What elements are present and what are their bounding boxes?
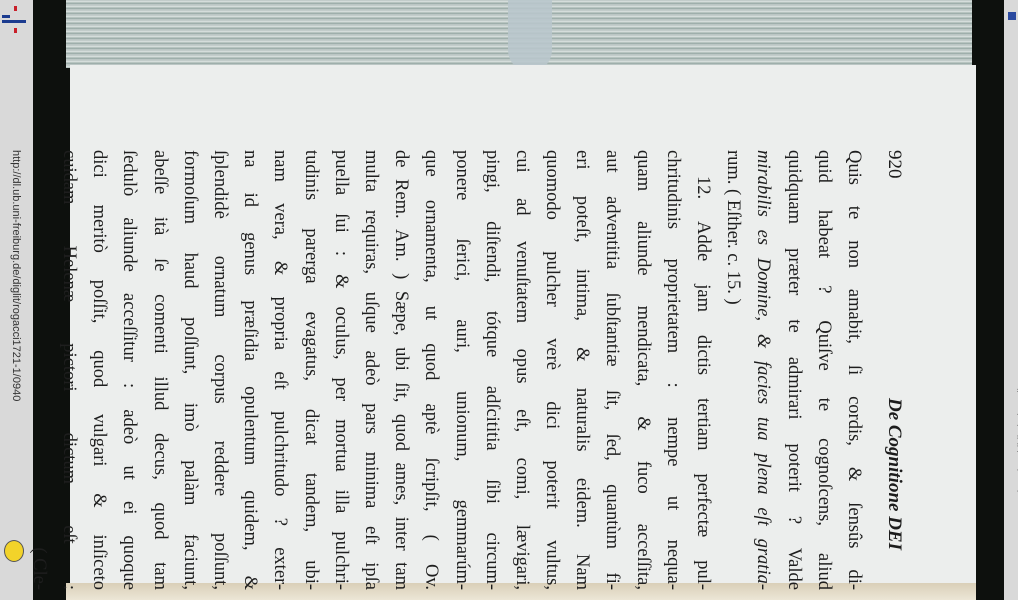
text-line: 12. Adde jam dictis tertiam perfectæ pul… (688, 150, 718, 590)
text-line: pingi, diſtendi, tótque adſcititia ſibi … (477, 150, 507, 590)
page-text-rotated: 920 De Cognitione DEI Quis te non amabit… (24, 150, 905, 590)
text-line: quomodo pulcher verè dici poterit vultus… (537, 150, 567, 590)
text-line: cuidam Helenæ pictori dictum eſt : (54, 150, 84, 590)
text-line: eri poteſt, intima, & naturalis eidem. N… (567, 150, 597, 590)
page-header: 920 De Cognitione DEI (875, 150, 905, 590)
library-logo-icon (2, 6, 28, 36)
text-line: que ornamenta, ut quod aptè ſcripſit, ( … (416, 150, 446, 590)
text-line: de Rem. Am. ) Sæpe, ubi ſit, quod ames, … (386, 150, 416, 590)
catchword: ( Cle- (24, 150, 54, 590)
text-line: puella ſui : & oculus, per mortua illa p… (326, 150, 356, 590)
page-number: 920 (875, 150, 905, 179)
library-logo-icon (1008, 12, 1016, 20)
text-line: dici meritò poſſit, quod vulgari & inſic… (84, 150, 114, 590)
text-line: cui ad venuſtatem opus eſt, comi, læviga… (507, 150, 537, 590)
text-line: ſedulò aliunde acceſſitur : adeò ut ei q… (114, 150, 144, 590)
text-line: aut adventitia ſubſtantiæ ſit, ſed, quan… (597, 150, 627, 590)
bookmark-ribbon (508, 0, 552, 72)
running-title: De Cognitione DEI (875, 398, 905, 550)
text-line: quidquam præter te admirari poterit ? Va… (778, 150, 808, 590)
text-line: multa requiras, uſque adeò pars minima e… (356, 150, 386, 590)
text-line: formoſum haud poſſunt, imò palàm faciunt… (175, 150, 205, 590)
text-line: rum. ( Eſther. c. 15. ) (718, 150, 748, 590)
text-line: chritudinis proprietatem : nempe ut nequ… (658, 150, 688, 590)
text-line: tudinis parerga evagatus, dicat tandem, … (295, 150, 325, 590)
text-line: ponere ſerici, auri, unionum, gemmarúm- (446, 150, 476, 590)
text-line: na id genus præſidia opulentum quidem, & (235, 150, 265, 590)
text-line: mirabilis es Domine, & facies tua plena … (748, 150, 778, 590)
page-body: Quis te non amabit, ſi cordis, & ſensûs … (24, 150, 869, 590)
text-line: quid habeat ? Quiſve te cognoſcens, aliu… (809, 150, 839, 590)
viewer-right-margin: © Universitätsbibliothek Freiburg geförd… (1004, 0, 1018, 600)
text-line: Quis te non amabit, ſi cordis, & ſensûs … (839, 150, 869, 590)
text-line: quam aliunde mendicata, & fuco acceſſita… (628, 150, 658, 590)
text-line: ſplendidè ornatum corpus reddere poſſunt… (205, 150, 235, 590)
permalink-url[interactable]: http://dl.ub.uni-freiburg.de/diglit/roga… (10, 150, 22, 401)
sponsor-seal-icon (4, 540, 24, 562)
text-line: abeſſe ità ſe comenti illud decus, quod … (145, 150, 175, 590)
text-line: nam vera, & propria eſt pulchritudo ? ex… (265, 150, 295, 590)
